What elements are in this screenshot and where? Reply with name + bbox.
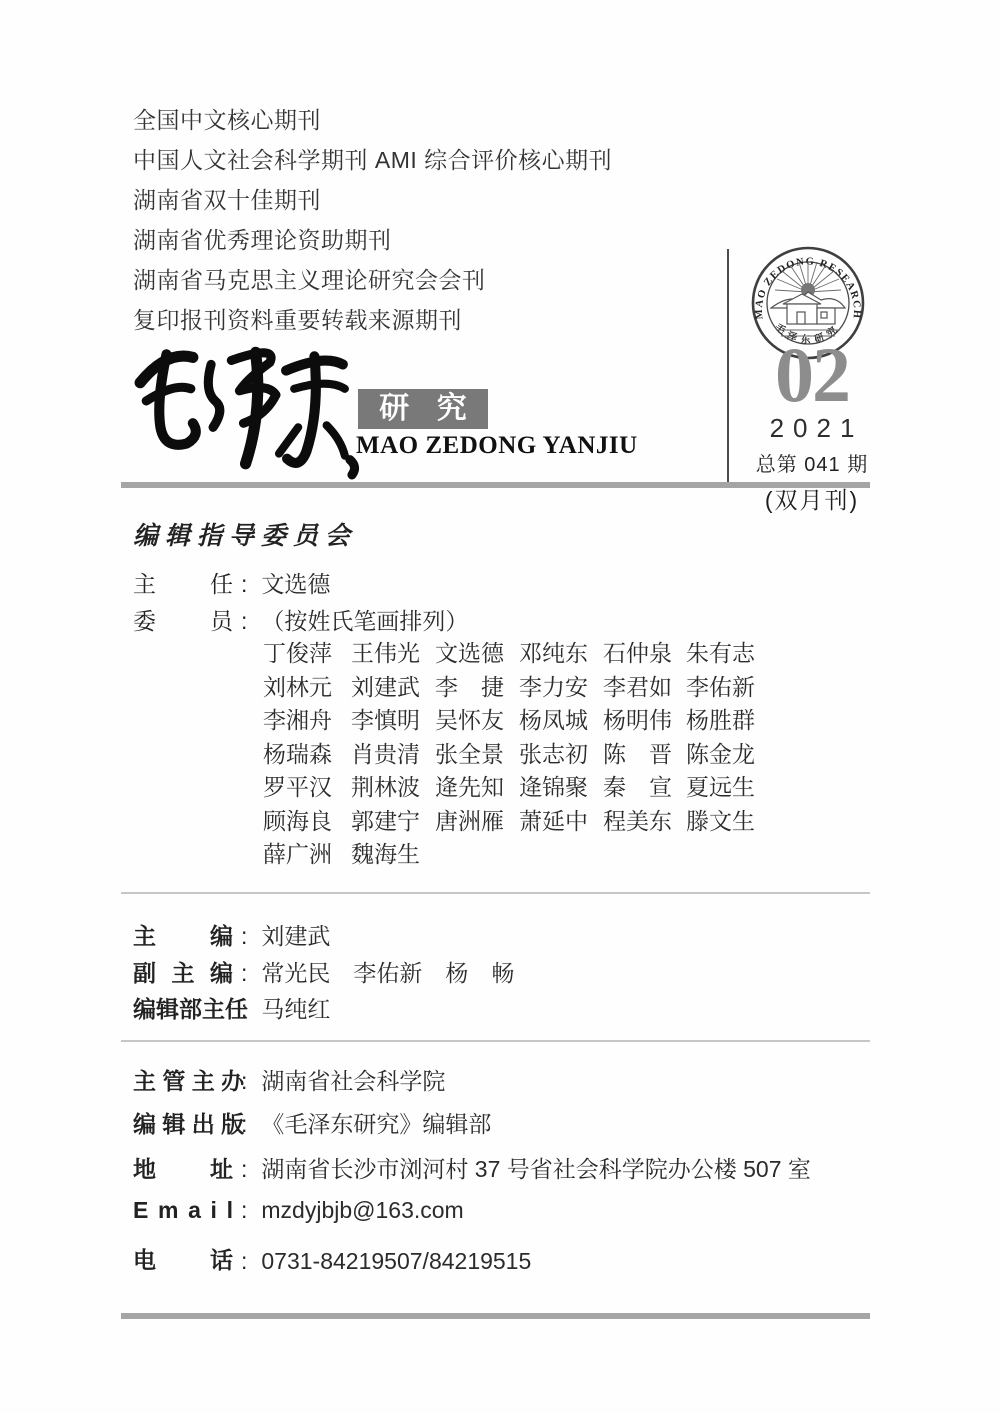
member-name: 王伟光 (351, 642, 435, 666)
member-name: 刘林元 (263, 676, 351, 700)
deputy-editors-names: 常光民 李佑新 杨 畅 (261, 960, 514, 986)
member-name: 陈 晋 (603, 743, 686, 767)
member-name: 张全景 (435, 743, 519, 767)
member-name: 李慎明 (351, 709, 435, 733)
member-name: 李湘舟 (263, 709, 351, 733)
colon: : (241, 571, 247, 598)
member-name: 石仲泉 (603, 642, 686, 666)
publisher-row: 编 辑 出 版:《毛泽东研究》编辑部 (133, 1106, 491, 1139)
member-name: 夏远生 (686, 776, 766, 800)
member-name: 杨胜群 (686, 709, 766, 733)
colon: : (241, 1197, 247, 1224)
member-name: 罗平汉 (263, 776, 351, 800)
member-name: 萧延中 (519, 810, 603, 834)
phone-row: 电 话:0731-84219507/84219515 (133, 1242, 531, 1275)
publisher-name: 《毛泽东研究》编辑部 (261, 1111, 491, 1137)
committee-title: 编辑指导委员会 (133, 516, 357, 552)
member-name: 魏海生 (351, 843, 435, 867)
member-name: 薛广洲 (263, 843, 351, 867)
deputy-editors-row: 副 主 编:常光民 李佑新 杨 畅 (133, 955, 514, 988)
chief-editor-name: 刘建武 (261, 923, 330, 949)
member-name: 邓纯东 (519, 642, 603, 666)
chief-editor-row: 主 编:刘建武 (133, 918, 330, 951)
member-name: 文选德 (435, 642, 519, 666)
deputy-editors-label: 副 主 编 (133, 955, 233, 988)
chief-editor-label: 主 编 (133, 918, 233, 951)
honor-line: 湖南省双十佳期刊 (133, 180, 612, 220)
issue-block: 02 2021 总第 041 期 (双月刊) (737, 345, 887, 515)
colon: : (241, 608, 247, 635)
editorial-dept-director-row: 编辑部主任:马纯红 (133, 991, 330, 1024)
address-row: 地 址:湖南省长沙市浏河村 37 号省社会科学院办公楼 507 室 (133, 1151, 811, 1184)
footer-rule (121, 1313, 870, 1319)
colon: : (241, 1111, 247, 1138)
editorial-dept-director-name: 马纯红 (261, 996, 330, 1022)
colon: : (241, 960, 247, 987)
honor-line: 全国中文核心期刊 (133, 100, 612, 140)
member-name: 秦 宣 (603, 776, 686, 800)
member-name: 杨凤城 (519, 709, 603, 733)
sponsor-row: 主 管 主 办:湖南省社会科学院 (133, 1063, 445, 1096)
masthead-romanized-title: MAO ZEDONG YANJIU (356, 432, 638, 460)
journal-cover-page: 全国中文核心期刊中国人文社会科学期刊 AMI 综合评价核心期刊湖南省双十佳期刊湖… (0, 0, 1000, 1413)
issue-number: 02 (737, 345, 887, 405)
member-name: 逄锦聚 (519, 776, 603, 800)
members-label: 委 员 (133, 603, 233, 636)
masthead-boxed-title: 研 究 (358, 389, 488, 429)
director-name: 文选德 (261, 571, 330, 597)
section-divider (121, 892, 870, 894)
colon: : (241, 1248, 247, 1275)
member-name: 滕文生 (686, 810, 766, 834)
colon: : (241, 1068, 247, 1095)
masthead-calligraphy (125, 330, 360, 482)
colon: : (241, 923, 247, 950)
mao-zedong-calligraphy-icon (125, 330, 360, 482)
honor-line: 中国人文社会科学期刊 AMI 综合评价核心期刊 (133, 140, 612, 180)
sponsor-label: 主 管 主 办 (133, 1063, 233, 1096)
member-name: 程美东 (603, 810, 686, 834)
section-divider (121, 1040, 870, 1042)
honor-line: 湖南省马克思主义理论研究会会刊 (133, 260, 612, 300)
email-value: mzdyjbjb@163.com (261, 1197, 463, 1223)
member-name: 顾海良 (263, 810, 351, 834)
honor-line: 湖南省优秀理论资助期刊 (133, 220, 612, 260)
issue-cumulative-number: 总第 041 期 (737, 448, 887, 477)
member-name: 李力安 (519, 676, 603, 700)
member-name: 荆林波 (351, 776, 435, 800)
committee-members-row: 委 员:（按姓氏笔画排列） (133, 603, 468, 636)
member-name: 张志初 (519, 743, 603, 767)
member-name: 李 捷 (435, 676, 519, 700)
member-name: 丁俊萍 (263, 642, 351, 666)
director-label: 主 任 (133, 566, 233, 599)
member-name: 陈金龙 (686, 743, 766, 767)
sponsor-name: 湖南省社会科学院 (261, 1068, 445, 1094)
publisher-label: 编 辑 出 版 (133, 1106, 233, 1139)
member-name: 郭建宁 (351, 810, 435, 834)
colon: : (241, 1156, 247, 1183)
email-label: E m a i l (133, 1197, 233, 1224)
member-name: 唐洲雁 (435, 810, 519, 834)
issue-year: 2021 (737, 413, 887, 444)
committee-director-row: 主 任:文选德 (133, 566, 330, 599)
committee-members-grid: 丁俊萍王伟光文选德邓纯东石仲泉朱有志刘林元刘建武李 捷李力安李君如李佑新李湘舟李… (263, 642, 793, 867)
address-value: 湖南省长沙市浏河村 37 号省社会科学院办公楼 507 室 (261, 1156, 811, 1182)
address-label: 地 址 (133, 1151, 233, 1184)
member-name: 朱有志 (686, 642, 766, 666)
email-row: E m a i l:mzdyjbjb@163.com (133, 1197, 464, 1224)
colon: : (241, 996, 247, 1023)
masthead-rule (121, 482, 870, 488)
editorial-dept-director-label: 编辑部主任 (133, 991, 233, 1024)
phone-label: 电 话 (133, 1242, 233, 1275)
member-name: 李君如 (603, 676, 686, 700)
phone-value: 0731-84219507/84219515 (261, 1248, 531, 1274)
issue-divider-line (727, 249, 729, 483)
members-sort-note: （按姓氏笔画排列） (261, 608, 468, 634)
member-name: 肖贵清 (351, 743, 435, 767)
member-name: 李佑新 (686, 676, 766, 700)
member-name: 逄先知 (435, 776, 519, 800)
member-name: 杨明伟 (603, 709, 686, 733)
member-name: 刘建武 (351, 676, 435, 700)
member-name: 杨瑞森 (263, 743, 351, 767)
member-name: 吴怀友 (435, 709, 519, 733)
honors-list: 全国中文核心期刊中国人文社会科学期刊 AMI 综合评价核心期刊湖南省双十佳期刊湖… (133, 100, 612, 340)
